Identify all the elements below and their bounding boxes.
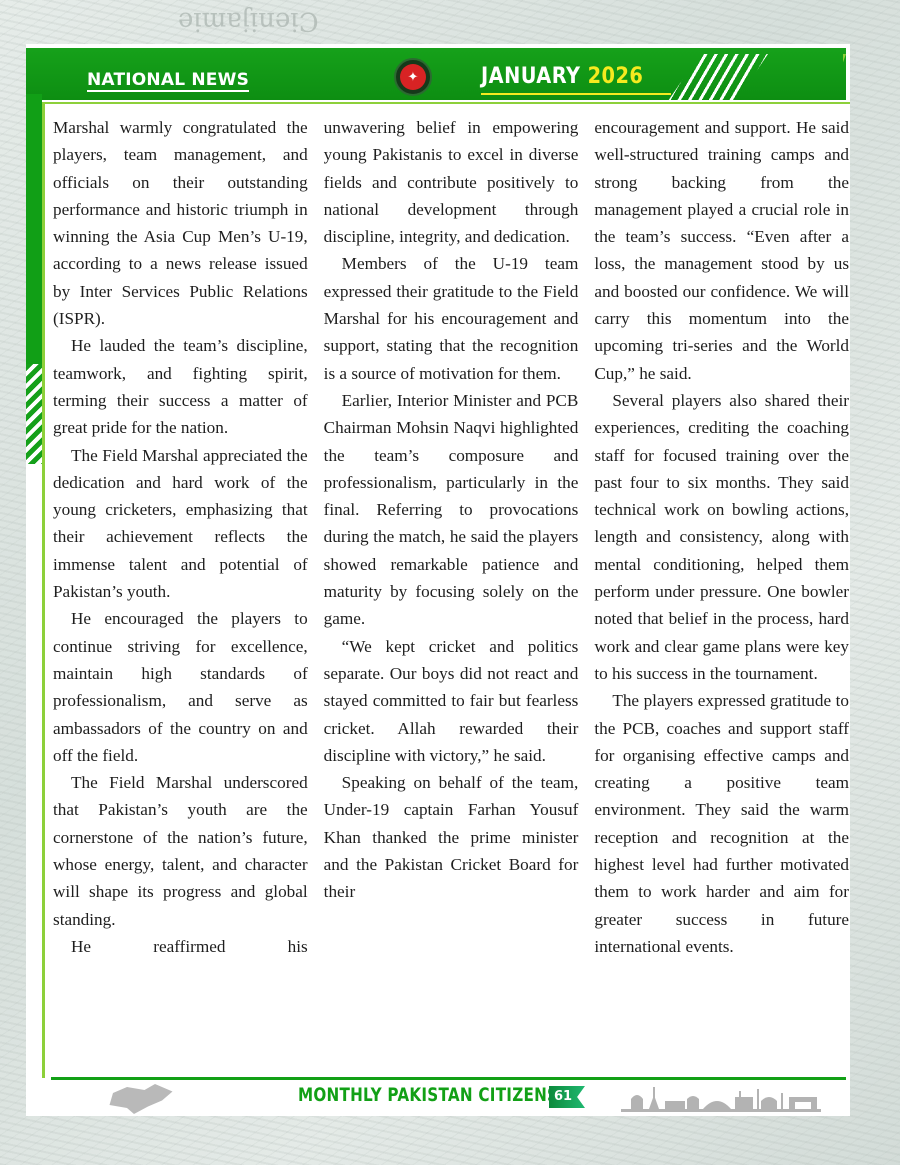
- issue-year: 2026: [588, 64, 644, 89]
- pakistan-map-icon: [106, 1084, 176, 1114]
- background-watermark: Cienijamie: [178, 6, 319, 36]
- paragraph: Members of the U-19 team expressed their…: [324, 250, 579, 386]
- paragraph: The Field Marshal appreciated the dedica…: [53, 442, 308, 606]
- paragraph: Speaking on behalf of the team, Under-19…: [324, 769, 579, 905]
- page-number: 61: [549, 1086, 585, 1108]
- paragraph: The players expressed gratitude to the P…: [594, 687, 849, 960]
- paragraph: “We kept cricket and politics separate. …: [324, 633, 579, 769]
- paragraph: He reaffirmed his: [53, 933, 308, 960]
- paragraph: Earlier, Interior Minister and PCB Chair…: [324, 387, 579, 633]
- paragraph: unwavering belief in empowering young Pa…: [324, 114, 579, 250]
- article-column-1: Marshal warmly congratulated the players…: [53, 114, 308, 960]
- date-underline: [481, 93, 671, 95]
- article-body: Marshal warmly congratulated the players…: [53, 114, 849, 960]
- footer-rule: [51, 1077, 846, 1080]
- left-stripe-decoration: [26, 364, 42, 464]
- paragraph: Several players also shared their experi…: [594, 387, 849, 687]
- section-label: NATIONAL NEWS: [87, 70, 249, 92]
- paragraph: Marshal warmly congratulated the players…: [53, 114, 308, 332]
- magazine-page: NATIONAL NEWS ✦ JANUARY 2026 Marshal war…: [26, 44, 850, 1116]
- paragraph: The Field Marshal underscored that Pakis…: [53, 769, 308, 933]
- issue-month: JANUARY: [481, 64, 580, 89]
- publication-name: MONTHLY PAKISTAN CITIZENS: [298, 1084, 558, 1106]
- article-column-3: encouragement and support. He said well-…: [594, 114, 849, 960]
- paragraph: He encouraged the players to continue st…: [53, 605, 308, 769]
- article-column-2: unwavering belief in empowering young Pa…: [324, 114, 579, 960]
- paragraph: encouragement and support. He said well-…: [594, 114, 849, 387]
- pakistan-skyline-icon: [621, 1085, 821, 1112]
- issue-date: JANUARY 2026: [481, 64, 643, 90]
- left-green-band: [26, 94, 42, 364]
- paragraph: He lauded the team’s discipline, teamwor…: [53, 332, 308, 441]
- eagle-icon: ✦: [400, 64, 426, 90]
- pakistan-citizens-logo-icon: ✦: [394, 58, 432, 96]
